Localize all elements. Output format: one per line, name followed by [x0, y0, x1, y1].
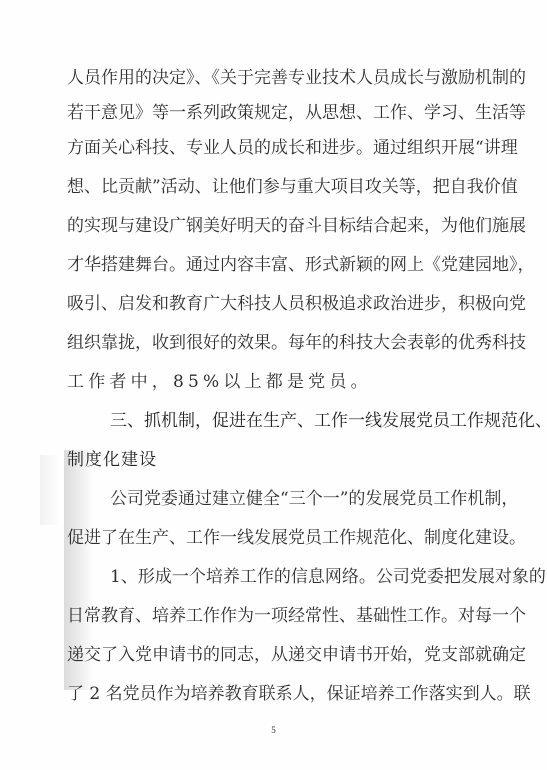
paragraph-line: 吸引、启发和教育广大科技人员积极追求政治进步，积极向党 [67, 292, 497, 316]
paragraph-line: 促进了在生产、工作一线发展党员工作规范化、制度化建设。 [67, 526, 497, 550]
paragraph-line: 的实现与建设广钢美好明天的奋斗目标结合起来，为他们施展 [67, 214, 497, 238]
section-heading-cont: 制度化建设 [67, 448, 497, 472]
paragraph-line: 方面关心科技、专业人员的成长和进步。通过组织开展“讲理 [67, 136, 497, 160]
paragraph-line: 公司党委通过建立健全“三个一”的发展党员工作机制， [110, 487, 497, 511]
list-item-heading: 1、形成一个培养工作的信息网络。公司党委把发展对象的 [110, 565, 497, 589]
section-heading: 三、抓机制，促进在生产、工作一线发展党员工作规范化、 [110, 409, 497, 433]
scan-shadow-upper [40, 455, 60, 525]
paragraph-line: 了 2 名党员作为培养教育联系人，保证培养工作落实到人。联 [67, 682, 497, 706]
paragraph-line: 想、比贡献”活动、让他们参与重大项目攻关等，把自我价值 [67, 175, 497, 199]
document-page: 人员作用的决定》、《关于完善专业技术人员成长与激励机制的 若干意见》等一系列政策… [0, 0, 547, 770]
paragraph-line: 组织靠拢，收到很好的效果。每年的科技大会表彰的优秀科技 [67, 331, 497, 355]
paragraph-line: 才华搭建舞台。通过内容丰富、形式新颖的网上《党建园地》， [67, 253, 497, 277]
paragraph-line: 若干意见》等一系列政策规定，从思想、工作、学习、生活等 [67, 101, 497, 125]
paragraph-line: 工作者中，85%以上都是党员。 [67, 370, 497, 394]
paragraph-line: 日常教育、培养工作作为一项经常性、基础性工作。对每一个 [67, 604, 497, 628]
page-number: 5 [0, 725, 547, 735]
paragraph-line: 人员作用的决定》、《关于完善专业技术人员成长与激励机制的 [67, 66, 497, 90]
paragraph-line: 递交了入党申请书的同志，从递交申请书开始，党支部就确定 [67, 643, 497, 667]
